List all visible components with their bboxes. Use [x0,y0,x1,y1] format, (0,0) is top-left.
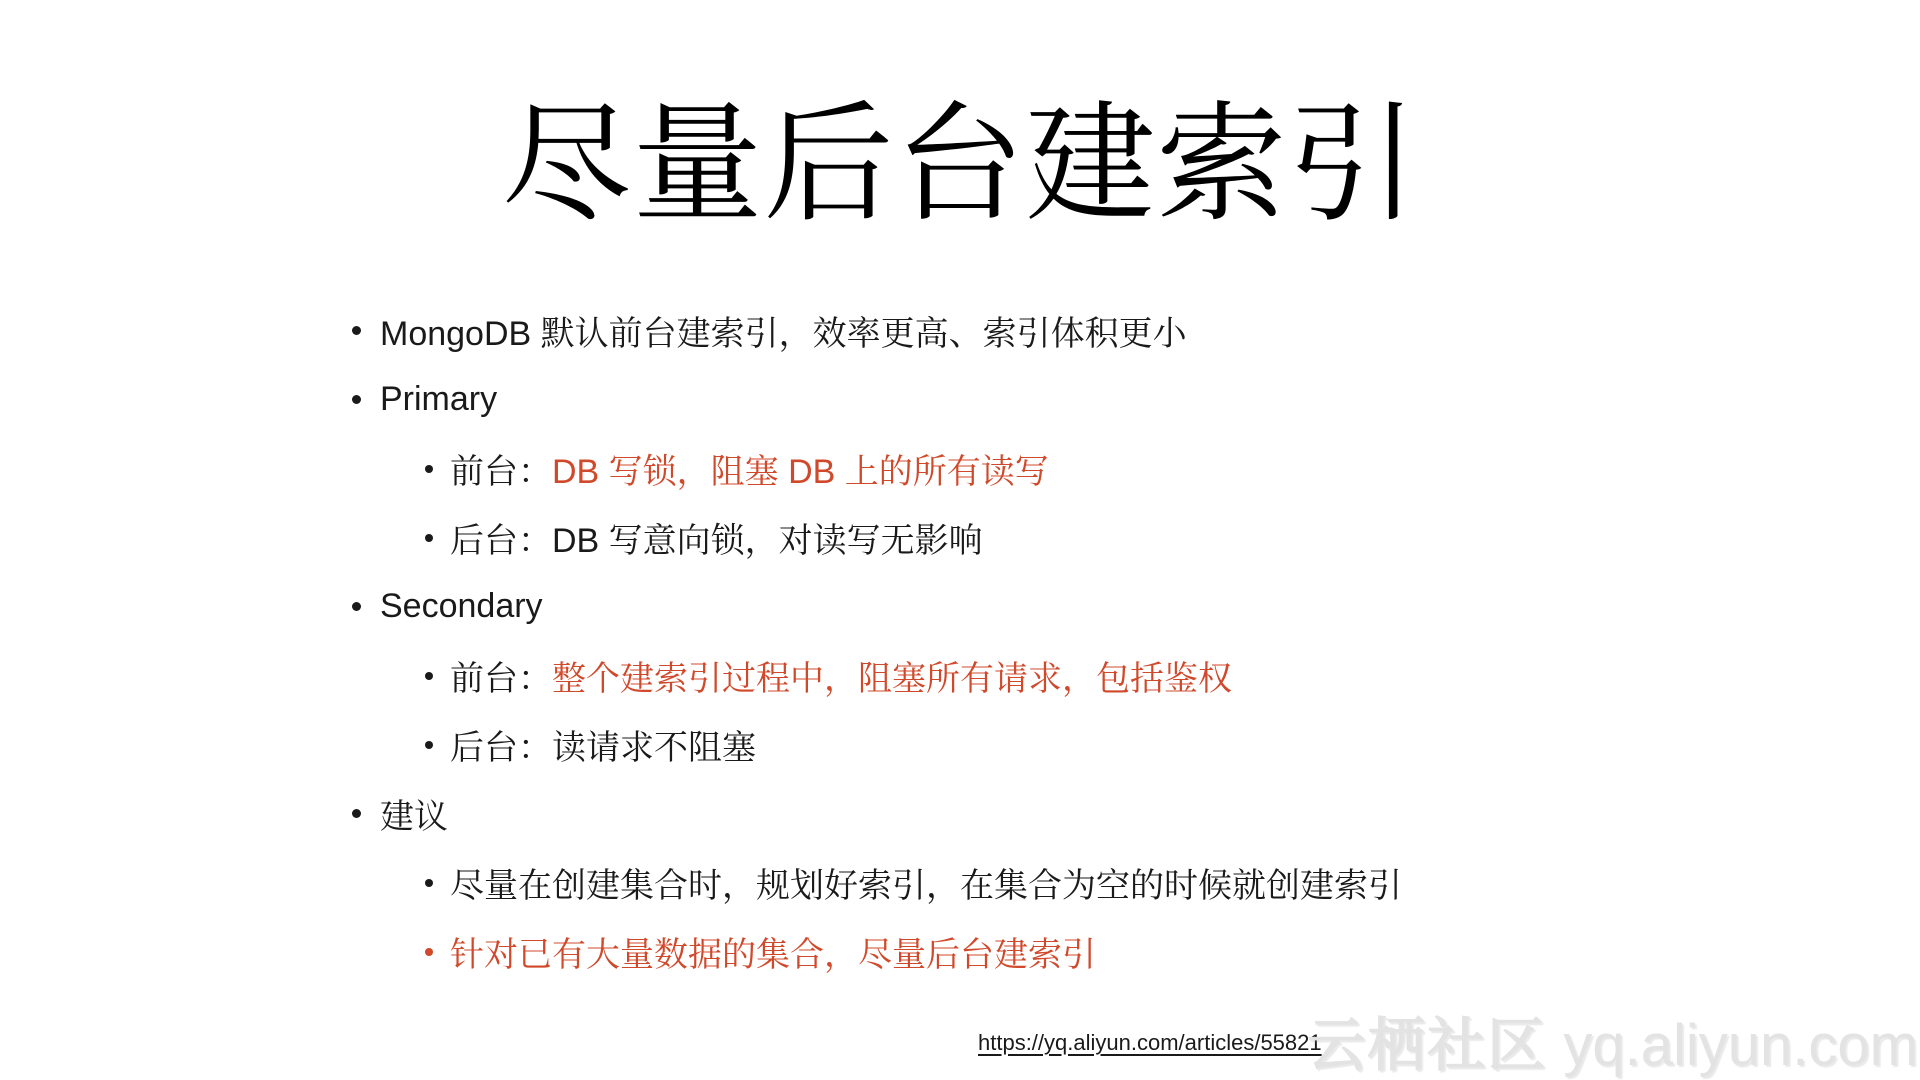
bullet-text: Primary [380,380,497,419]
bullet-text-highlight: 整个建索引过程中，阻塞所有请求，包括鉴权 [552,651,1232,700]
bullet-dot [352,395,361,404]
bullet-secondary: Secondary [352,572,1602,641]
bullet-dot [425,672,433,680]
watermark-latin: yq.aliyun.com [1547,1013,1918,1078]
bullet-text: 建议 [380,789,448,838]
slide-title: 尽量后台建索引 [0,96,1920,233]
bullet-list: MongoDB 默认前台建索引，效率更高、索引体积更小 Primary 前台： … [352,296,1602,986]
bullet-secondary-foreground: 前台： 整个建索引过程中，阻塞所有请求，包括鉴权 [425,641,1602,710]
bullet-dot [425,534,433,542]
watermark: 云栖社区 yq.aliyun.com [1307,1013,1918,1080]
bullet-dot [425,879,433,887]
bullet-text: MongoDB 默认前台建索引，效率更高、索引体积更小 [380,306,1187,355]
bullet-mongodb-default: MongoDB 默认前台建索引，效率更高、索引体积更小 [352,296,1602,365]
bullet-text-prefix: 前台： [450,444,552,493]
bullet-text-highlight: DB 写锁，阻塞 DB 上的所有读写 [552,444,1049,493]
bullet-text: 后台：读请求不阻塞 [450,720,756,769]
bullet-dot [352,602,361,611]
bullet-text: 后台：DB 写意向锁，对读写无影响 [450,513,983,562]
bullet-primary-foreground: 前台： DB 写锁，阻塞 DB 上的所有读写 [425,434,1602,503]
bullet-text: 尽量在创建集合时，规划好索引，在集合为空的时候就创建索引 [450,858,1402,907]
bullet-primary-background: 后台：DB 写意向锁，对读写无影响 [425,503,1602,572]
bullet-suggestion: 建议 [352,779,1602,848]
bullet-primary: Primary [352,365,1602,434]
bullet-suggestion-plan-ahead: 尽量在创建集合时，规划好索引，在集合为空的时候就创建索引 [425,848,1602,917]
bullet-dot [352,326,361,335]
bullet-secondary-background: 后台：读请求不阻塞 [425,710,1602,779]
bullet-dot [425,741,433,749]
bullet-suggestion-background-index: 针对已有大量数据的集合，尽量后台建索引 [425,917,1602,986]
bullet-dot [425,948,433,956]
bullet-text: Secondary [380,587,543,626]
article-link[interactable]: https://yq.aliyun.com/articles/55821 [978,1030,1322,1056]
bullet-text-prefix: 前台： [450,651,552,700]
watermark-cn: 云栖社区 [1307,1013,1547,1078]
bullet-text: 针对已有大量数据的集合，尽量后台建索引 [450,927,1096,976]
bullet-dot [425,465,433,473]
presentation-slide: 尽量后台建索引 MongoDB 默认前台建索引，效率更高、索引体积更小 Prim… [0,0,1920,1080]
bullet-dot [352,809,361,818]
